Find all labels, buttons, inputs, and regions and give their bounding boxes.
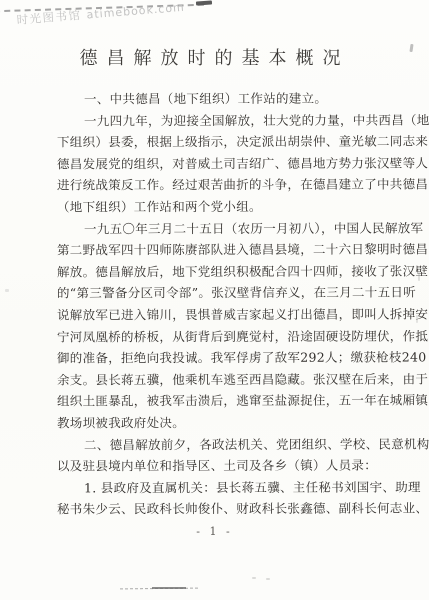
watermark: 时光图书馆 atimebook.com	[16, 0, 185, 28]
body-line: 一、中共德昌（地下组织）工作站的建立。	[57, 88, 378, 110]
document-title: 德昌解放时的基本概况	[0, 44, 429, 70]
body-line: 第二野战军四十四师陈赓部队进入德昌县境，二十六日黎明时德昌	[57, 239, 378, 261]
scanned-document-page: 时光图书馆 atimebook.com 德昌解放时的基本概况 一、中共德昌（地下…	[0, 0, 429, 600]
body-line: 下组织）县委，根据上级指示，决定派出胡崇仲、童光敏二同志来	[57, 131, 378, 153]
body-line: 说解放军已进入锦川，畏惧普威吉家起义打出德昌，即叫人拆掉安	[57, 304, 378, 326]
ink-speck	[418, 272, 420, 281]
ink-speck	[252, 577, 256, 579]
page-number: - 1 -	[0, 525, 429, 538]
body-line: 一九五〇年三月二十五日（农历一月初八），中国人民解放军	[57, 217, 378, 239]
body-line: 解放。德昌解放后，地下党组织积极配合四十四师，接收了张汉壁	[57, 260, 378, 282]
ink-speck	[5, 289, 9, 292]
body-line: 1. 县政府及直属机关：县长蒋五骥、主任秘书刘国宇、助理	[57, 476, 378, 498]
body-line: （地下组织）工作站和两个党小组。	[57, 196, 378, 218]
ink-speck	[266, 578, 270, 580]
body-line: 组织土匪暴乱，被我军击溃后，逃窜至盐源捉住，五一年在城厢镇	[57, 390, 378, 412]
body-line: 二、德昌解放前夕，各政法机关、党团组织、学校、民意机构	[57, 433, 378, 455]
body-line: 御的准备，拒绝向我投诚。我军俘虏了敌军292人；缴获枪枝240	[57, 347, 378, 369]
body-line: 以及驻县境内单位和指导区、土司及各乡（镇）人员录：	[57, 455, 378, 477]
top-dashed-line-dark-end	[196, 0, 212, 5]
body-line: 德昌发展党的组织，对普威土司吉绍广、德昌地方势力张汉壁等人	[57, 152, 378, 174]
document-body: 一、中共德昌（地下组织）工作站的建立。 一九四九年，为迎接全国解放，壮大党的力量…	[57, 88, 378, 520]
bottom-dashed-line-dark-segment	[152, 587, 186, 589]
ink-speck	[416, 315, 418, 323]
body-line: 教场坝被我政府处决。	[57, 411, 378, 433]
body-line: 进行统战策反工作。经过艰苦曲折的斗争，在德昌建立了中共德昌	[57, 174, 378, 196]
body-line: 秘书朱少云、民政科长帅俊仆、财政科长张鑫德、副科长何志业、	[57, 498, 378, 520]
body-line: 一九四九年，为迎接全国解放，壮大党的力量，中共西昌（地	[57, 109, 378, 131]
watermark-site-name: atimebook.com	[86, 1, 185, 22]
body-line: 余支。县长蒋五骥，他乘机车逃至西昌隐藏。张汉壁在后来，由于	[57, 368, 378, 390]
body-line: 宁河凤凰桥的桥板，从街背后到麂觉村，沿途固硬设防埋伏，作抵	[57, 325, 378, 347]
watermark-library-name: 时光图书馆	[16, 8, 82, 27]
body-line: 的“第三警备分区司令部”。张汉壁背信弃义，在三月二十五日听	[57, 282, 378, 304]
